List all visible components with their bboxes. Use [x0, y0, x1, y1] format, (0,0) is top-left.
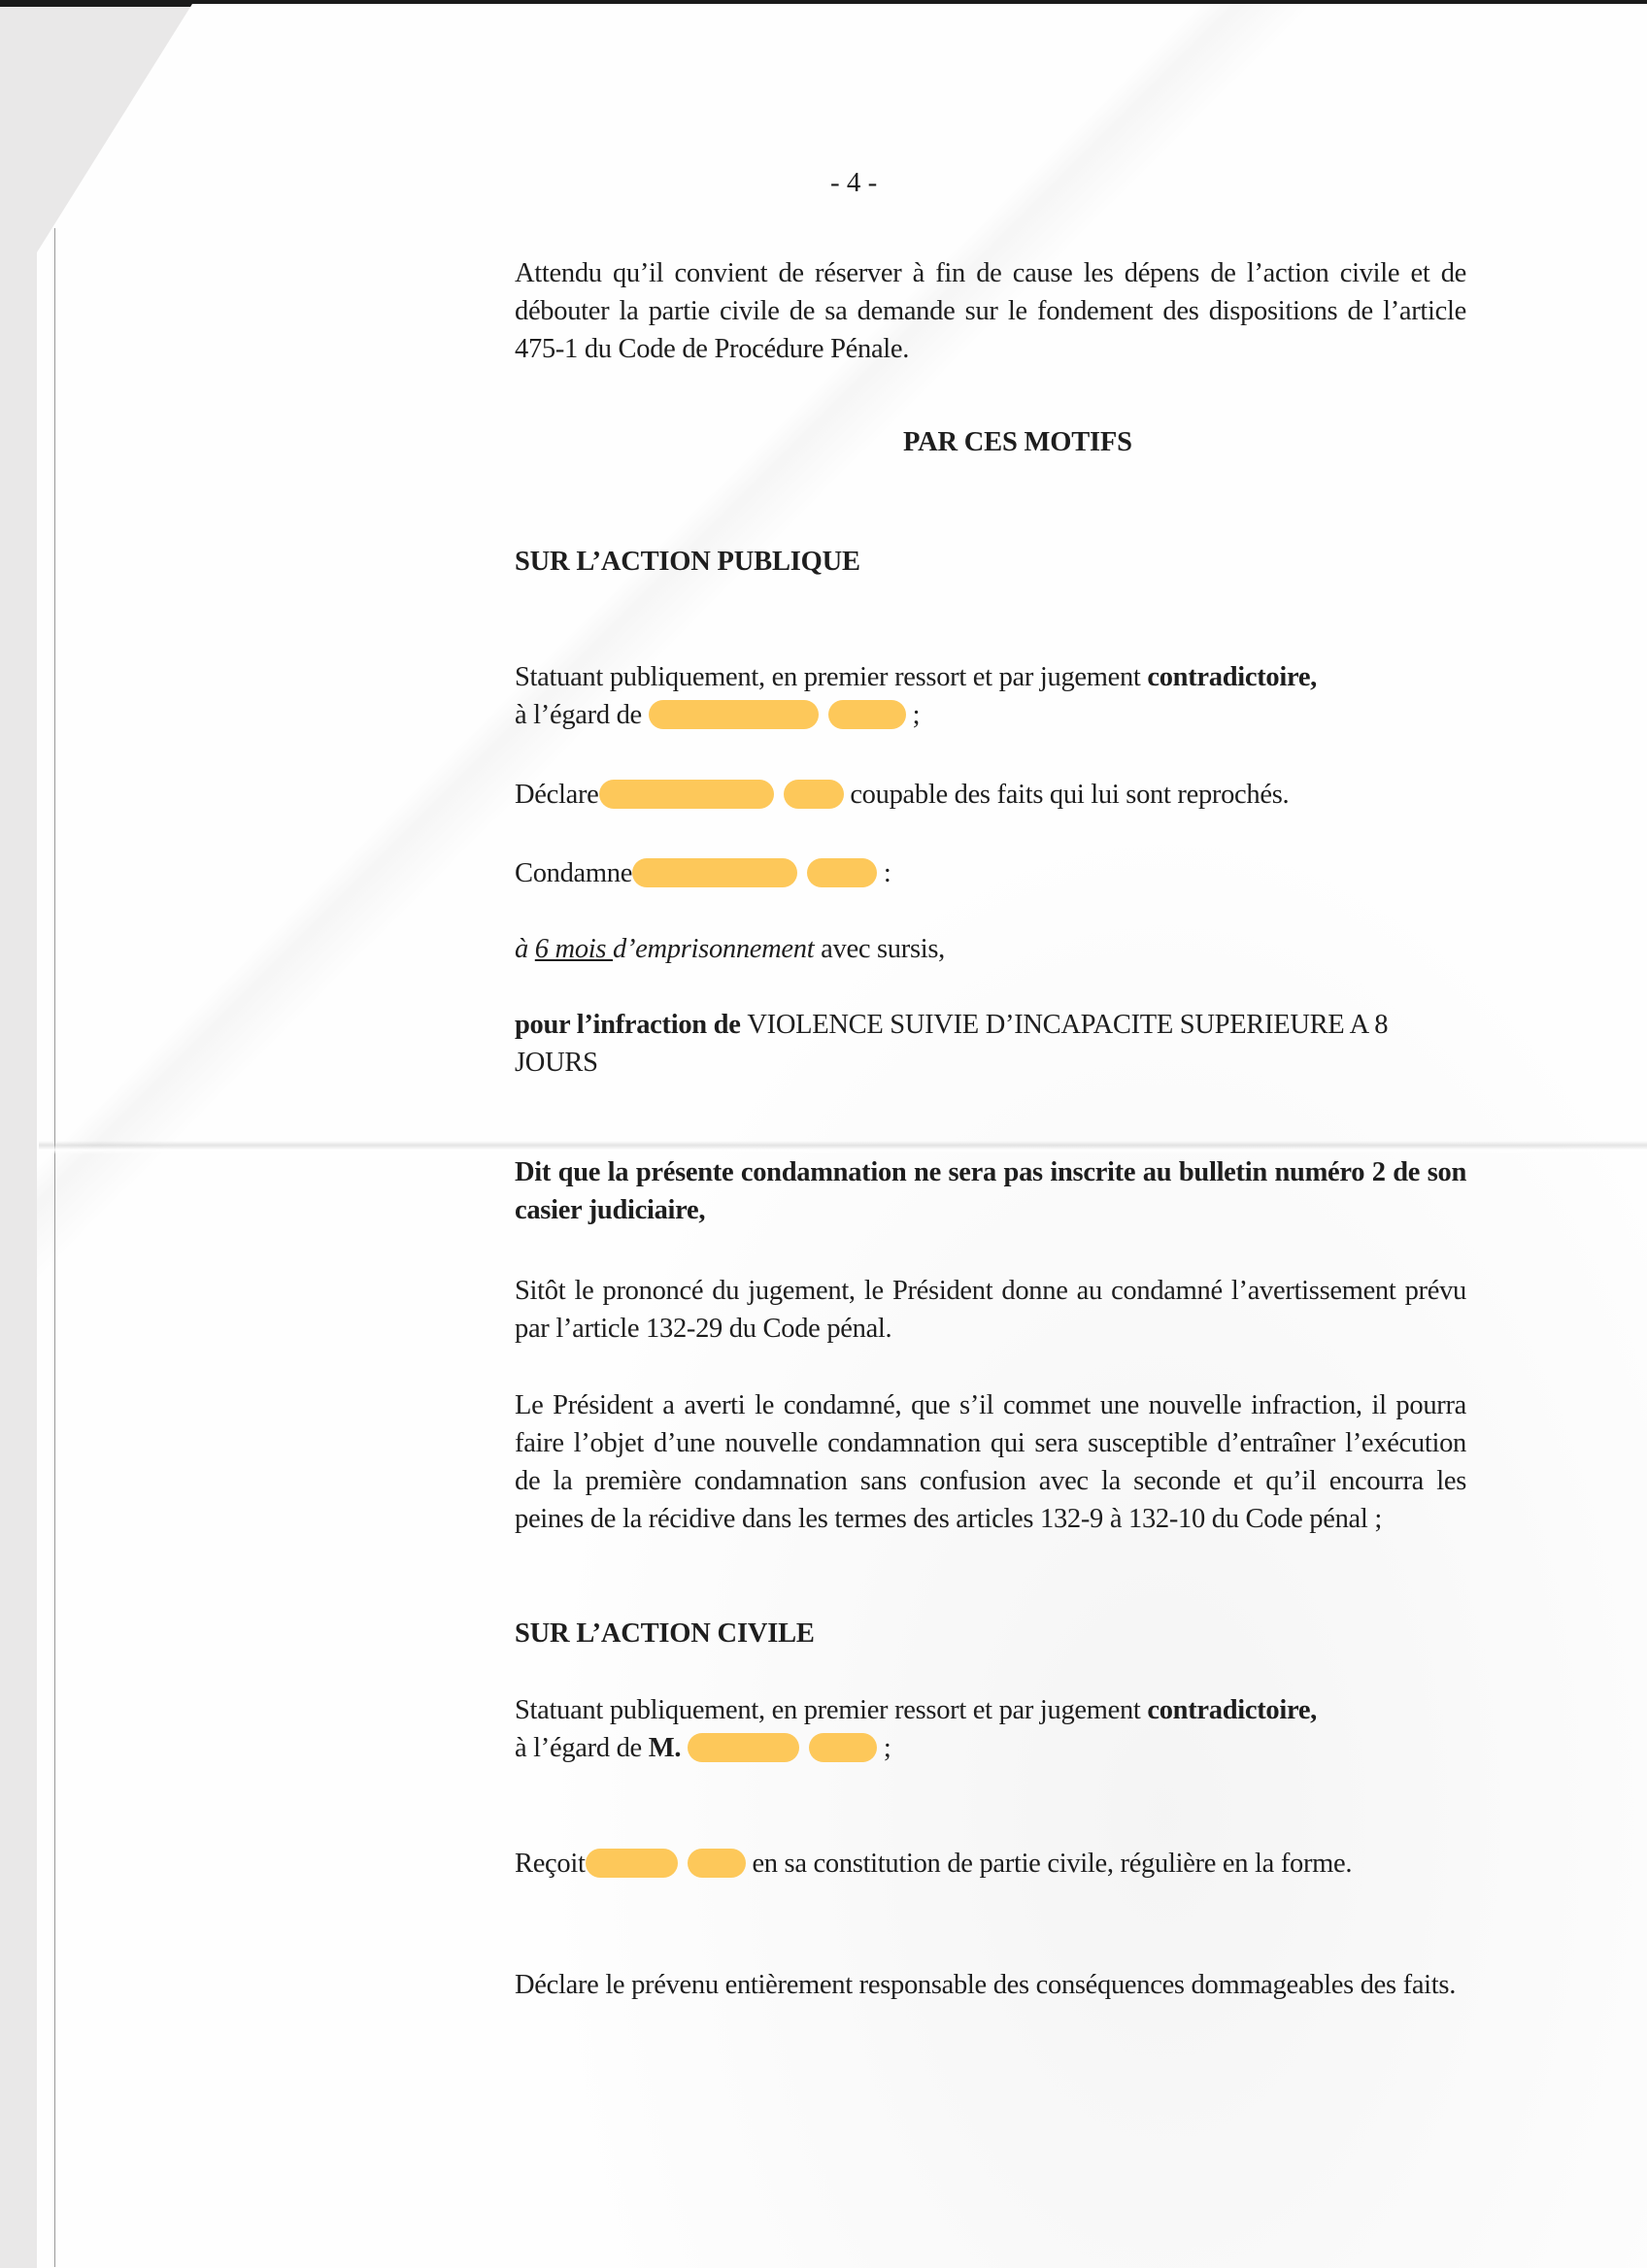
- declare-paragraph: Déclare coupable des faits qui lui sont …: [515, 776, 1466, 814]
- egard-text: à l’égard de: [515, 700, 642, 730]
- redacted-name: [784, 780, 844, 809]
- egard-text: à l’égard de: [515, 1733, 649, 1763]
- infraction-paragraph: pour l’infraction de VIOLENCE SUIVIE D’I…: [515, 1006, 1466, 1082]
- egard-suffix: ;: [884, 1733, 891, 1763]
- redacted-name: [688, 1733, 799, 1762]
- intro-paragraph: Attendu qu’il convient de réserver à fin…: [515, 254, 1466, 368]
- declare-suffix: coupable des faits qui lui sont reproché…: [850, 780, 1289, 810]
- redacted-name: [586, 1849, 678, 1878]
- infraction-label: pour l’infraction de: [515, 1010, 747, 1040]
- bulletin-paragraph: Dit que la présente condamnation ne sera…: [515, 1153, 1466, 1229]
- egard-title: M.: [649, 1733, 681, 1763]
- redacted-name: [809, 1733, 877, 1762]
- motifs-heading: PAR CES MOTIFS: [903, 427, 1132, 458]
- condamne-suffix: :: [884, 858, 891, 888]
- recoit-suffix: en sa constitution de partie civile, rég…: [752, 1849, 1352, 1879]
- recidive-paragraph: Le Président a averti le condamné, que s…: [515, 1386, 1466, 1538]
- peine-type: d’emprisonnement: [613, 934, 814, 964]
- redacted-name: [632, 858, 797, 887]
- redacted-name: [828, 700, 906, 729]
- recoit-text: Reçoit: [515, 1849, 586, 1879]
- redacted-name: [807, 858, 877, 887]
- redacted-name: [688, 1849, 746, 1878]
- peine-suffix: avec sursis,: [814, 934, 945, 964]
- redacted-name: [649, 700, 819, 729]
- statuant-text: Statuant publiquement, en premier ressor…: [515, 1695, 1147, 1725]
- statuant-bold: contradictoire,: [1147, 662, 1317, 692]
- declare-text: Déclare: [515, 780, 599, 810]
- page-number: - 4 -: [830, 167, 877, 199]
- page-edge-line: [54, 228, 55, 2267]
- statuant-text: Statuant publiquement, en premier ressor…: [515, 662, 1147, 692]
- action-civile-heading: SUR L’ACTION CIVILE: [515, 1618, 815, 1650]
- fold-crease: [39, 1141, 1647, 1154]
- peine-paragraph: à 6 mois d’emprisonnement avec sursis,: [515, 930, 1466, 968]
- recoit-paragraph: Reçoit en sa constitution de partie civi…: [515, 1845, 1466, 1883]
- egard-suffix: ;: [913, 700, 921, 730]
- responsable-paragraph: Déclare le prévenu entièrement responsab…: [515, 1966, 1466, 2004]
- statuant-bold: contradictoire,: [1147, 1695, 1317, 1725]
- condamne-paragraph: Condamne :: [515, 854, 1466, 892]
- peine-a: à: [515, 934, 535, 964]
- statuant-paragraph-publique: Statuant publiquement, en premier ressor…: [515, 658, 1466, 734]
- action-publique-heading: SUR L’ACTION PUBLIQUE: [515, 547, 860, 578]
- redacted-name: [599, 780, 774, 809]
- peine-duree: 6 mois: [535, 934, 613, 964]
- avertissement-paragraph: Sitôt le prononcé du jugement, le Présid…: [515, 1272, 1466, 1348]
- condamne-text: Condamne: [515, 858, 632, 888]
- statuant-paragraph-civile: Statuant publiquement, en premier ressor…: [515, 1691, 1466, 1767]
